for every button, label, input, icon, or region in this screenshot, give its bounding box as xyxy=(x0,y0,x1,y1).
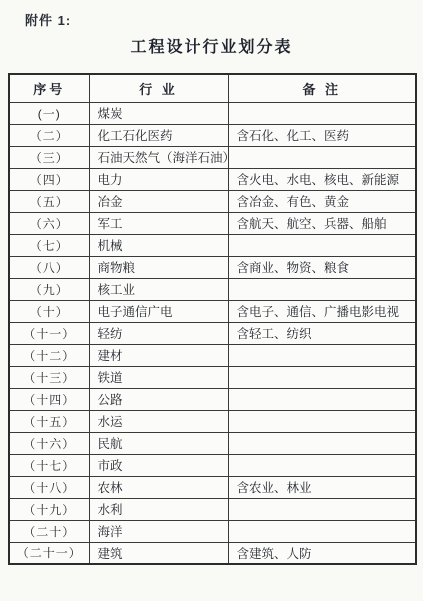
table-row: （二） 化工石化医药 含石化、化工、医药 xyxy=(9,124,416,146)
table-row: （十） 电子通信广电 含电子、通信、广播电影电视 xyxy=(9,300,416,322)
remark-cell xyxy=(228,432,416,454)
industry-cell: 商物粮 xyxy=(89,256,228,278)
table-row: (一) 煤炭 xyxy=(9,102,416,124)
table-row: （十八） 农林 含农业、林业 xyxy=(9,476,416,498)
table-row: （九） 核工业 xyxy=(9,278,416,300)
remark-cell xyxy=(228,278,416,300)
industry-cell: 煤炭 xyxy=(89,102,228,124)
seq-cell: （五） xyxy=(9,190,89,212)
industry-cell: 轻纺 xyxy=(89,322,228,344)
industry-cell: 电子通信广电 xyxy=(89,300,228,322)
seq-cell: （三） xyxy=(9,146,89,168)
industry-table: 序号 行 业 备 注 (一) 煤炭 （二） 化工石化医药 含石化、化工、医药 （… xyxy=(8,73,417,565)
table-row: （十四） 公路 xyxy=(9,388,416,410)
table-row: （十三） 铁道 xyxy=(9,366,416,388)
industry-cell: 军工 xyxy=(89,212,228,234)
industry-cell: 民航 xyxy=(89,432,228,454)
table-row: （七） 机械 xyxy=(9,234,416,256)
seq-cell: （十九） xyxy=(9,498,89,520)
remark-cell: 含火电、水电、核电、新能源 xyxy=(228,168,416,190)
seq-cell: （十四） xyxy=(9,388,89,410)
remark-cell: 含轻工、纺织 xyxy=(228,322,416,344)
remark-cell xyxy=(228,234,416,256)
remark-cell: 含冶金、有色、黄金 xyxy=(228,190,416,212)
industry-cell: 公路 xyxy=(89,388,228,410)
industry-cell: 水利 xyxy=(89,498,228,520)
remark-cell: 含航天、航空、兵器、船舶 xyxy=(228,212,416,234)
industry-cell: 化工石化医药 xyxy=(89,124,228,146)
remark-cell: 含商业、物资、粮食 xyxy=(228,256,416,278)
industry-cell: 海洋 xyxy=(89,520,228,542)
seq-cell: （九） xyxy=(9,278,89,300)
seq-cell: （十二） xyxy=(9,344,89,366)
seq-cell: （四） xyxy=(9,168,89,190)
remark-cell xyxy=(228,520,416,542)
industry-cell: 核工业 xyxy=(89,278,228,300)
page-title: 工程设计行业划分表 xyxy=(0,34,423,57)
seq-cell: （八） xyxy=(9,256,89,278)
table-row: （十二） 建材 xyxy=(9,344,416,366)
table-row: （六） 军工 含航天、航空、兵器、船舶 xyxy=(9,212,416,234)
remark-cell xyxy=(228,410,416,432)
industry-cell: 机械 xyxy=(89,234,228,256)
seq-cell: （十七） xyxy=(9,454,89,476)
seq-cell: （十五） xyxy=(9,410,89,432)
seq-cell: (一) xyxy=(9,102,89,124)
table-header-row: 序号 行 业 备 注 xyxy=(9,74,416,102)
table-row: （三） 石油天然气（海洋石油） xyxy=(9,146,416,168)
table-row: （八） 商物粮 含商业、物资、粮食 xyxy=(9,256,416,278)
industry-cell: 水运 xyxy=(89,410,228,432)
industry-cell: 建筑 xyxy=(89,542,228,564)
remark-cell: 含农业、林业 xyxy=(228,476,416,498)
seq-cell: （二十） xyxy=(9,520,89,542)
industry-cell: 农林 xyxy=(89,476,228,498)
remark-cell xyxy=(228,102,416,124)
industry-cell: 建材 xyxy=(89,344,228,366)
remark-cell xyxy=(228,388,416,410)
seq-cell: （二） xyxy=(9,124,89,146)
table-row: （二十一） 建筑 含建筑、人防 xyxy=(9,542,416,564)
industry-cell: 冶金 xyxy=(89,190,228,212)
seq-cell: （十三） xyxy=(9,366,89,388)
industry-cell: 电力 xyxy=(89,168,228,190)
seq-cell: （十六） xyxy=(9,432,89,454)
seq-cell: （七） xyxy=(9,234,89,256)
remark-cell xyxy=(228,498,416,520)
column-header-industry: 行 业 xyxy=(89,74,228,102)
column-header-remark: 备 注 xyxy=(228,74,416,102)
table-row: （五） 冶金 含冶金、有色、黄金 xyxy=(9,190,416,212)
remark-cell xyxy=(228,454,416,476)
industry-cell: 石油天然气（海洋石油） xyxy=(89,146,228,168)
attachment-label: 附件 1: xyxy=(25,10,71,29)
table-row: （十七） 市政 xyxy=(9,454,416,476)
remark-cell: 含石化、化工、医药 xyxy=(228,124,416,146)
column-header-seq: 序号 xyxy=(9,74,89,102)
remark-cell xyxy=(228,146,416,168)
remark-cell xyxy=(228,344,416,366)
table-row: （十五） 水运 xyxy=(9,410,416,432)
seq-cell: （十八） xyxy=(9,476,89,498)
table-row: （十六） 民航 xyxy=(9,432,416,454)
seq-cell: （六） xyxy=(9,212,89,234)
table-row: （二十） 海洋 xyxy=(9,520,416,542)
industry-cell: 市政 xyxy=(89,454,228,476)
remark-cell: 含建筑、人防 xyxy=(228,542,416,564)
remark-cell xyxy=(228,366,416,388)
table-row: （十一） 轻纺 含轻工、纺织 xyxy=(9,322,416,344)
industry-cell: 铁道 xyxy=(89,366,228,388)
seq-cell: （十一） xyxy=(9,322,89,344)
seq-cell: （十） xyxy=(9,300,89,322)
remark-cell: 含电子、通信、广播电影电视 xyxy=(228,300,416,322)
table-row: （四） 电力 含火电、水电、核电、新能源 xyxy=(9,168,416,190)
table-row: （十九） 水利 xyxy=(9,498,416,520)
seq-cell: （二十一） xyxy=(9,542,89,564)
